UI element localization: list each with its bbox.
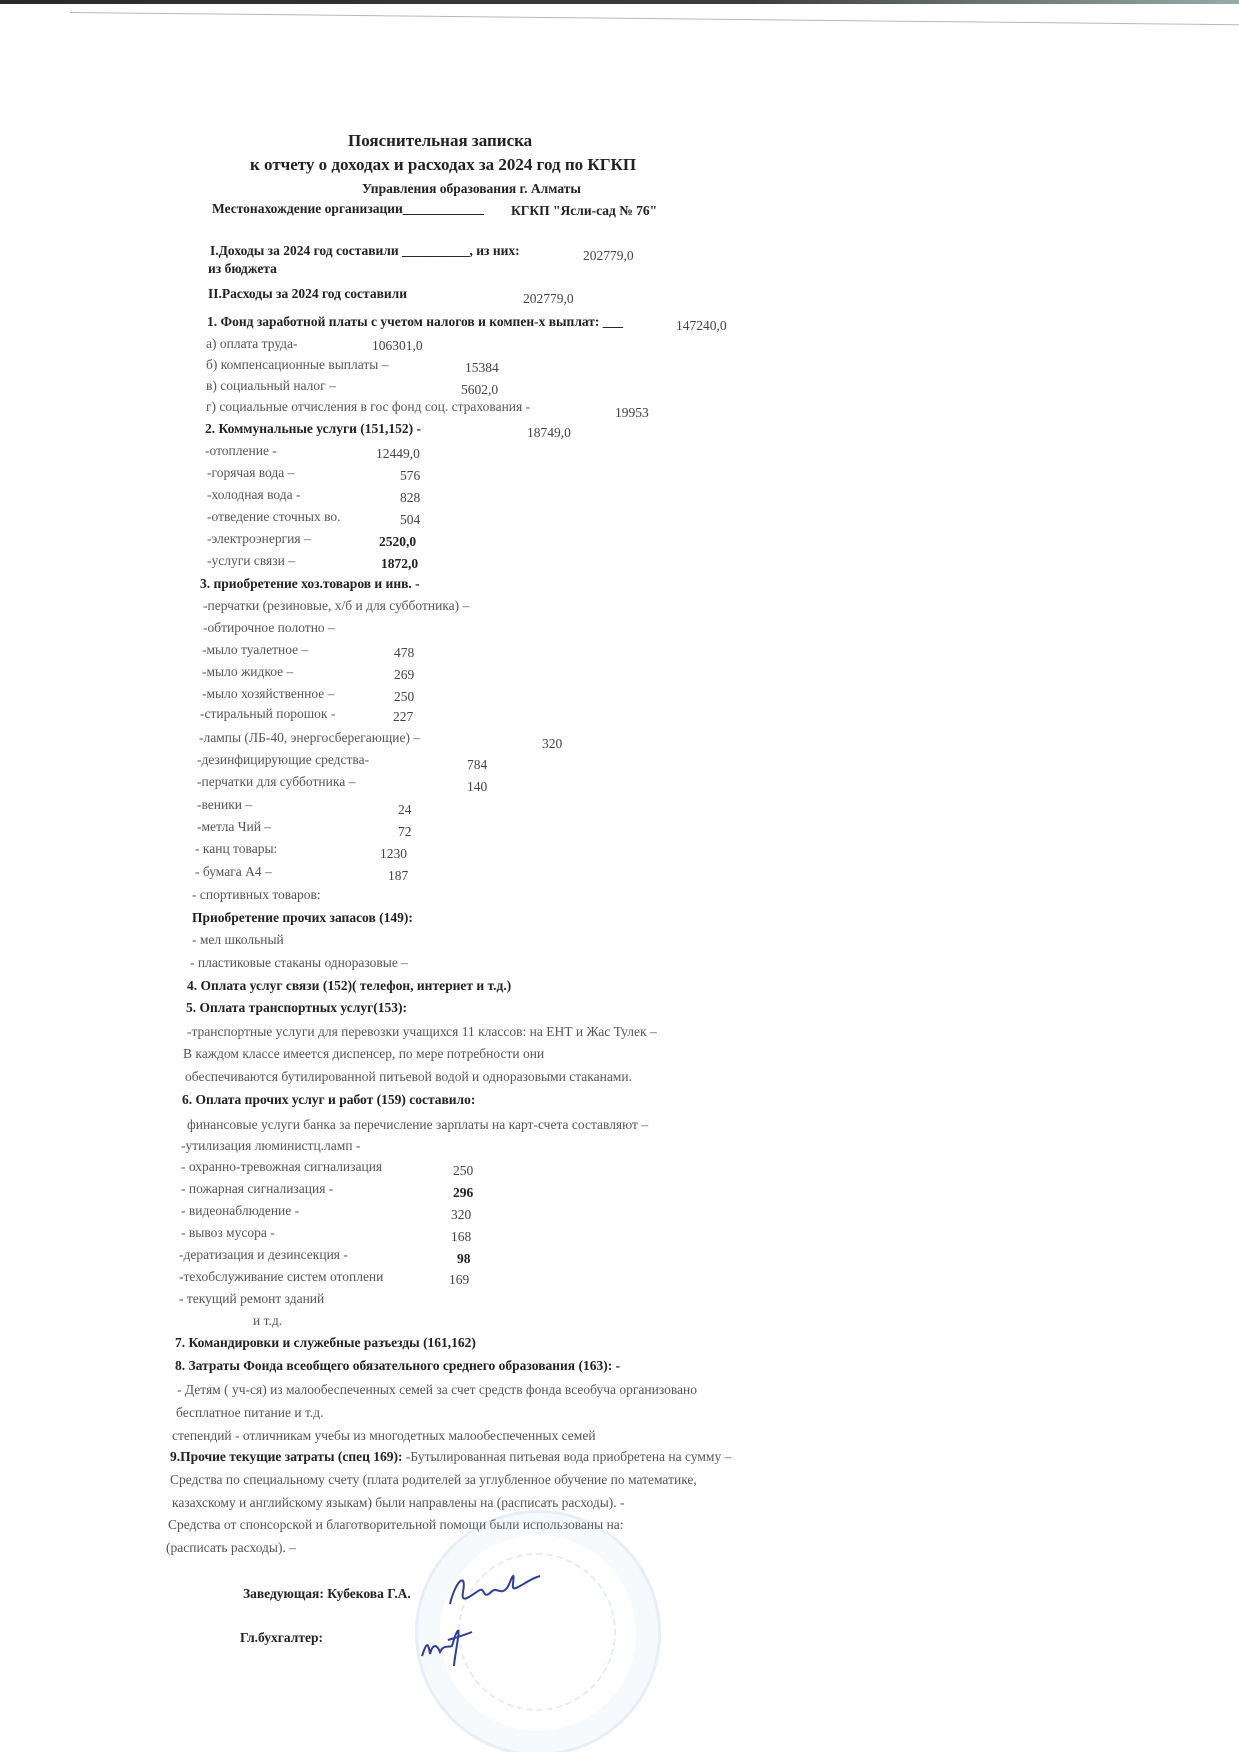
accountant-signature-icon xyxy=(418,1618,478,1668)
head-signature-label: Заведующая: Кубекова Г.А. xyxy=(243,1586,411,1602)
section6-item-value: 296 xyxy=(453,1185,473,1201)
section3-item-value: 250 xyxy=(394,689,414,705)
section3-item-value: 187 xyxy=(388,868,408,884)
section8-line: степендий - отличникам учебы из многодет… xyxy=(172,1428,596,1444)
section3-item-label: -обтирочное полотно – xyxy=(203,620,335,636)
other-stock-title: Приобретение прочих запасов (149): xyxy=(192,910,413,926)
section3-item-label: -метла Чий – xyxy=(197,819,271,835)
section7-title: 7. Командировки и служебные разъезды (16… xyxy=(175,1335,476,1351)
section3-item-value: 478 xyxy=(394,645,414,661)
section6-item-label: - видеонаблюдение - xyxy=(181,1203,299,1219)
section3-item-label: - бумага А4 – xyxy=(195,864,272,880)
accountant-signature-label: Гл.бухгалтер: xyxy=(240,1630,323,1646)
section2-item-label: -горячая вода – xyxy=(207,465,294,481)
section2-item-value: 828 xyxy=(400,490,420,506)
section3-item-label: - спортивных товаров: xyxy=(192,887,321,903)
section8-line: - Детям ( уч-ся) из малообеспеченных сем… xyxy=(177,1382,697,1398)
section2-item-value: 504 xyxy=(400,512,420,528)
other-stock-item: - мел школьный xyxy=(192,932,284,948)
section2-item-label: -отведение сточных во. xyxy=(207,509,340,525)
section6-item-label: -дератизация и дезинсекция - xyxy=(179,1247,348,1263)
income-value: 202779,0 xyxy=(583,248,634,264)
section9-title-rest: -Бутылированная питьевая вода приобретен… xyxy=(403,1449,732,1464)
section6-item-value: 98 xyxy=(457,1251,471,1267)
section6-item-value: 250 xyxy=(453,1163,473,1179)
section6-item-label: -утилизация люминистц.ламп - xyxy=(181,1138,360,1154)
section9-line: казахскому и английскому языкам) были на… xyxy=(172,1495,625,1511)
section5-line: обеспечиваются бутилированной питьевой в… xyxy=(185,1069,632,1085)
section3-item-value: 320 xyxy=(542,736,562,752)
section2-item-label: -электроэнергия – xyxy=(207,531,311,547)
organization-name: КГКП "Ясли-сад № 76" xyxy=(511,203,657,219)
section6-intro: финансовые услуги банка за перечисление … xyxy=(187,1117,648,1133)
other-stock-item: - пластиковые стаканы одноразовые – xyxy=(190,955,408,971)
section6-item-label: -техобслуживание систем отоплени xyxy=(179,1269,383,1285)
expenses-label: II.Расходы за 2024 год составили xyxy=(208,286,407,302)
section6-item-value: 169 xyxy=(449,1272,469,1288)
section6-item-label: - охранно-тревожная сигнализация xyxy=(181,1159,382,1175)
section1-total: 147240,0 xyxy=(676,318,727,334)
section1-item-label: б) компенсационные выплаты – xyxy=(206,357,388,373)
section1-item-value: 15384 xyxy=(465,360,499,376)
section1-title: 1. Фонд заработной платы с учетом налого… xyxy=(207,314,623,330)
section3-item-label: -мыло туалетное – xyxy=(202,642,308,658)
section6-item-value: 168 xyxy=(451,1229,471,1245)
section6-item-label: - пожарная сигнализация - xyxy=(181,1181,333,1197)
section8-line: бесплатное питание и т.д. xyxy=(176,1405,323,1421)
location-label: Местонахождение организации____________ xyxy=(212,201,484,217)
section1-item-value: 19953 xyxy=(615,405,649,421)
section3-item-label: -стиральный порошок - xyxy=(200,706,335,722)
section9-header: 9.Прочие текущие затраты (спец 169): -Бу… xyxy=(170,1449,731,1465)
scan-artifact-line xyxy=(70,12,1239,25)
section3-item-value: 227 xyxy=(393,709,413,725)
section1-item-value: 106301,0 xyxy=(372,338,423,354)
section3-item-label: -мыло хозяйственное – xyxy=(202,686,334,702)
section2-item-value: 576 xyxy=(400,468,420,484)
section8-title: 8. Затраты Фонда всеобщего обязательного… xyxy=(175,1358,620,1374)
section2-item-value: 2520,0 xyxy=(379,534,416,550)
document-title: Пояснительная записка xyxy=(348,133,532,149)
department: Управления образования г. Алматы xyxy=(362,181,581,197)
section1-item-label: а) оплата труда- xyxy=(206,336,298,352)
section3-item-value: 72 xyxy=(398,824,412,840)
section2-item-value: 1872,0 xyxy=(381,556,418,572)
section3-item-value: 269 xyxy=(394,667,414,683)
section3-item-label: -мыло жидкое – xyxy=(202,664,293,680)
section1-item-label: г) социальные отчисления в гос фонд соц.… xyxy=(206,399,530,415)
section9-line: Средства по специальному счету (плата ро… xyxy=(170,1472,697,1488)
income-label: I.Доходы за 2024 год составили _________… xyxy=(210,243,520,259)
section4-title: 4. Оплата услуг связи (152)( телефон, ин… xyxy=(187,978,511,994)
section1-item-value: 5602,0 xyxy=(461,382,498,398)
expenses-value: 202779,0 xyxy=(523,291,574,307)
section3-item-value: 24 xyxy=(398,802,412,818)
section6-item-label: - текущий ремонт зданий xyxy=(179,1291,324,1307)
section2-total: 18749,0 xyxy=(527,425,571,441)
section2-item-label: -отопление - xyxy=(205,443,277,459)
section5-title: 5. Оплата транспортных услуг(153): xyxy=(186,1000,407,1016)
section6-etc: и т.д. xyxy=(253,1313,282,1329)
section3-title: 3. приобретение хоз.товаров и инв. - xyxy=(200,576,420,592)
section6-item-label: - вывоз мусора - xyxy=(181,1225,275,1241)
section5-line: -транспортные услуги для перевозки учащи… xyxy=(187,1024,657,1040)
section5-line: В каждом классе имеется диспенсер, по ме… xyxy=(183,1046,544,1062)
section3-item-label: -перчатки для субботника – xyxy=(197,774,355,790)
section3-item-value: 140 xyxy=(467,779,487,795)
section3-item-value: 1230 xyxy=(380,846,407,862)
section3-item-value: 784 xyxy=(467,757,487,773)
section6-title: 6. Оплата прочих услуг и работ (159) сос… xyxy=(182,1092,475,1108)
section2-item-label: -холодная вода - xyxy=(207,487,300,503)
section2-title: 2. Коммунальные услуги (151,152) - xyxy=(205,421,421,437)
section3-item-label: - канц товары: xyxy=(195,841,277,857)
head-signature-icon xyxy=(445,1562,545,1612)
section1-item-label: в) социальный налог – xyxy=(206,378,336,394)
section3-item-label: -лампы (ЛБ-40, энергосберегающие) – xyxy=(199,730,420,746)
document-subtitle: к отчету о доходах и расходах за 2024 го… xyxy=(250,157,636,173)
section3-item-label: -дезинфицирующие средства- xyxy=(197,752,369,768)
income-source: из бюджета xyxy=(208,261,277,277)
scan-top-edge xyxy=(0,0,1239,4)
section2-item-label: -услуги связи – xyxy=(207,553,295,569)
section9-title: 9.Прочие текущие затраты (спец 169): xyxy=(170,1449,403,1464)
section2-item-value: 12449,0 xyxy=(376,446,420,462)
section9-line: (расписать расходы). – xyxy=(166,1540,296,1556)
section3-item-label: -веники – xyxy=(197,797,252,813)
section3-item-label: -перчатки (резиновые, х/б и для субботни… xyxy=(203,598,469,614)
section6-item-value: 320 xyxy=(451,1207,471,1223)
